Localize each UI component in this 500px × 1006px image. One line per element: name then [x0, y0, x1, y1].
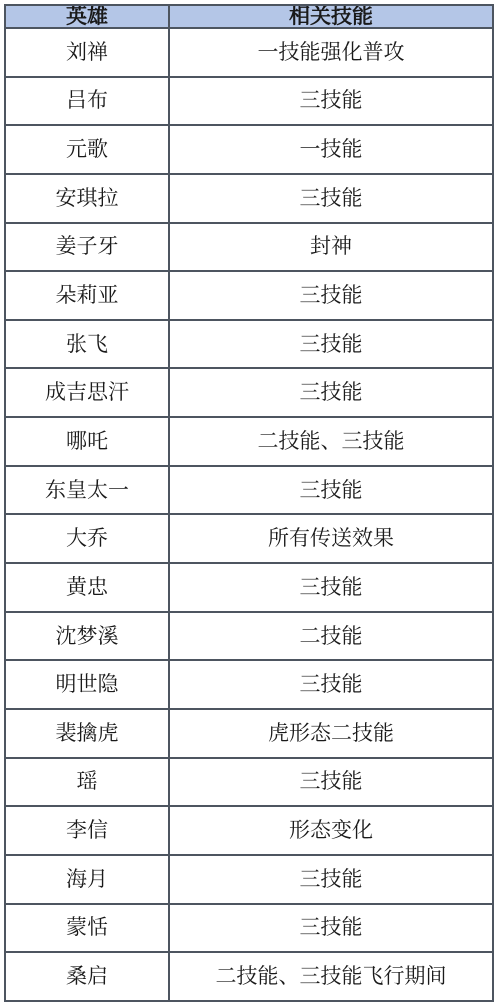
hero-cell: 刘禅: [5, 28, 169, 77]
table-row: 沈梦溪二技能: [5, 612, 493, 661]
hero-cell: 蒙恬: [5, 904, 169, 953]
hero-cell: 瑶: [5, 758, 169, 807]
hero-cell: 张飞: [5, 320, 169, 369]
hero-cell: 沈梦溪: [5, 612, 169, 661]
skill-cell: 封神: [169, 223, 493, 272]
table-row: 吕布三技能: [5, 77, 493, 126]
skill-cell: 三技能: [169, 904, 493, 953]
skill-cell: 形态变化: [169, 806, 493, 855]
hero-cell: 成吉思汗: [5, 368, 169, 417]
table-row: 元歌一技能: [5, 125, 493, 174]
hero-cell: 安琪拉: [5, 174, 169, 223]
skill-cell: 三技能: [169, 563, 493, 612]
header-cell-skill: 相关技能: [169, 5, 493, 28]
table-row: 瑶三技能: [5, 758, 493, 807]
hero-skill-table: 英雄 相关技能 刘禅一技能强化普攻吕布三技能元歌一技能安琪拉三技能姜子牙封神朵莉…: [4, 4, 494, 1002]
skill-cell: 三技能: [169, 77, 493, 126]
table-body: 刘禅一技能强化普攻吕布三技能元歌一技能安琪拉三技能姜子牙封神朵莉亚三技能张飞三技…: [5, 28, 493, 1001]
hero-cell: 大乔: [5, 514, 169, 563]
skill-cell: 三技能: [169, 174, 493, 223]
hero-cell: 朵莉亚: [5, 271, 169, 320]
skill-cell: 二技能: [169, 612, 493, 661]
table-row: 大乔所有传送效果: [5, 514, 493, 563]
table-row: 姜子牙封神: [5, 223, 493, 272]
hero-cell: 海月: [5, 855, 169, 904]
table-row: 朵莉亚三技能: [5, 271, 493, 320]
skill-cell: 一技能: [169, 125, 493, 174]
hero-cell: 元歌: [5, 125, 169, 174]
table-row: 明世隐三技能: [5, 660, 493, 709]
table-row: 东皇太一三技能: [5, 466, 493, 515]
skill-cell: 三技能: [169, 368, 493, 417]
skill-cell: 二技能、三技能飞行期间: [169, 952, 493, 1001]
hero-cell: 哪吒: [5, 417, 169, 466]
hero-cell: 桑启: [5, 952, 169, 1001]
hero-cell: 吕布: [5, 77, 169, 126]
skill-cell: 三技能: [169, 320, 493, 369]
table-header: 英雄 相关技能: [5, 5, 493, 28]
skill-cell: 所有传送效果: [169, 514, 493, 563]
table-row: 哪吒二技能、三技能: [5, 417, 493, 466]
table-row: 成吉思汗三技能: [5, 368, 493, 417]
table-row: 裴擒虎虎形态二技能: [5, 709, 493, 758]
table-row: 海月三技能: [5, 855, 493, 904]
table-row: 刘禅一技能强化普攻: [5, 28, 493, 77]
hero-skill-table-container: 英雄 相关技能 刘禅一技能强化普攻吕布三技能元歌一技能安琪拉三技能姜子牙封神朵莉…: [0, 0, 500, 1006]
table-row: 蒙恬三技能: [5, 904, 493, 953]
table-row: 安琪拉三技能: [5, 174, 493, 223]
skill-cell: 虎形态二技能: [169, 709, 493, 758]
table-row: 张飞三技能: [5, 320, 493, 369]
hero-cell: 李信: [5, 806, 169, 855]
table-row: 黄忠三技能: [5, 563, 493, 612]
hero-cell: 东皇太一: [5, 466, 169, 515]
skill-cell: 三技能: [169, 758, 493, 807]
hero-cell: 黄忠: [5, 563, 169, 612]
skill-cell: 三技能: [169, 466, 493, 515]
table-row: 桑启二技能、三技能飞行期间: [5, 952, 493, 1001]
skill-cell: 三技能: [169, 855, 493, 904]
table-row: 李信形态变化: [5, 806, 493, 855]
skill-cell: 三技能: [169, 271, 493, 320]
hero-cell: 裴擒虎: [5, 709, 169, 758]
skill-cell: 一技能强化普攻: [169, 28, 493, 77]
skill-cell: 三技能: [169, 660, 493, 709]
skill-cell: 二技能、三技能: [169, 417, 493, 466]
hero-cell: 明世隐: [5, 660, 169, 709]
header-cell-hero: 英雄: [5, 5, 169, 28]
hero-cell: 姜子牙: [5, 223, 169, 272]
header-row: 英雄 相关技能: [5, 5, 493, 28]
